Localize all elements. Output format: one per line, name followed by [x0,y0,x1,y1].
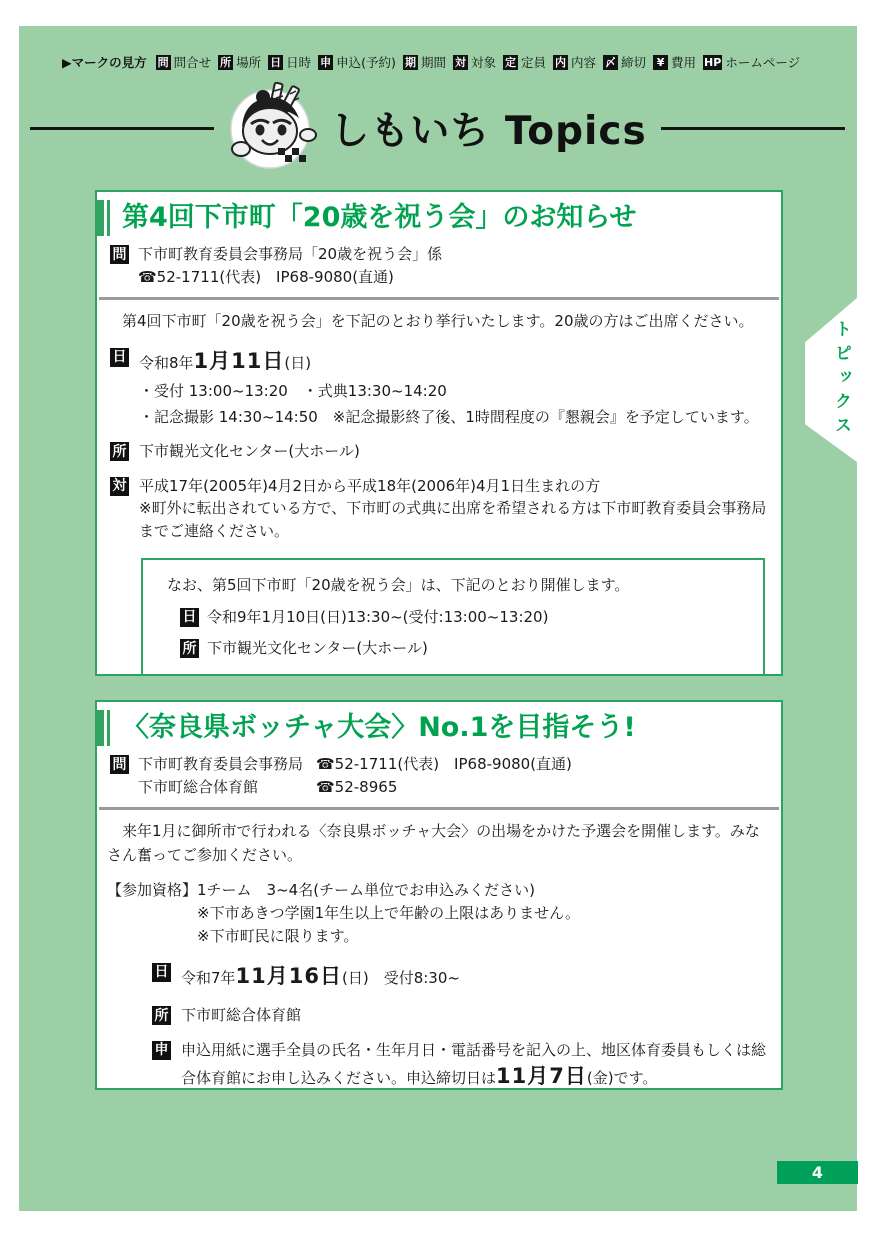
schedule-line: ・受付 13:00~13:20 ・式典13:30~14:20 [139,380,769,403]
section-coming-of-age: 第4回下市町「20歳を祝う会」のお知らせ 問 下市町教育委員会事務局「20歳を祝… [95,190,783,676]
section-intro: 第4回下市町「20歳を祝う会」を下記のとおり挙行いたします。20歳の方はご出席く… [107,310,769,333]
contact-phone: ☎52-1711(代表) IP68-9080(直通) [138,266,442,289]
date-body: 令和8年1月11日(日) ・受付 13:00~13:20 ・式典13:30~14… [139,346,769,429]
inner-place-text: 下市観光文化センター(大ホール) [207,637,428,660]
legend-item: 申申込(予約) [318,53,396,71]
place-item: 所 下市観光文化センター(大ホール) [110,440,769,463]
inquiry-mark-icon: 問 [156,55,171,70]
title-accent-bar [97,200,104,236]
date-emphasis: 1月11日 [194,349,285,373]
contact-row: 下市町教育委員会事務局 ☎52-1711(代表) IP68-9080(直通) [138,753,572,776]
contact-info: 問 下市町教育委員会事務局 ☎52-1711(代表) IP68-9080(直通)… [110,753,781,798]
content-mark-icon: 内 [553,55,568,70]
apply-mark-icon: 申 [152,1041,171,1060]
date-line: 令和7年11月16日(日) 受付8:30~ [181,961,769,993]
section-boccia-tournament: 〈奈良県ボッチャ大会〉No.1を目指そう! 問 下市町教育委員会事務局 ☎52-… [95,700,783,1090]
datetime-mark-icon: 日 [180,608,199,627]
legend-item-label: 日時 [286,53,311,71]
datetime-mark-icon: 日 [268,55,283,70]
divider-rule [99,297,779,300]
place-mark-icon: 所 [110,442,129,461]
legend-item-label: 定員 [521,53,546,71]
inquiry-mark-icon: 問 [110,245,129,264]
date-weekday: (日) 受付8:30~ [342,969,460,987]
fee-mark-icon: ¥ [653,55,668,70]
apply-instructions: 申込用紙に選手全員の氏名・生年月日・電話番号を記入の上、地区体育委員もしくは総合… [181,1041,766,1088]
contact-name: 下市町教育委員会事務局 [138,753,316,776]
legend-item-label: 場所 [236,53,261,71]
legend-item-label: 内容 [571,53,596,71]
place-text: 下市観光文化センター(大ホール) [139,440,769,463]
legend-item: 所場所 [218,53,261,71]
eligibility-note: ※下市町民に限ります。 [197,925,580,948]
mark-legend: ▶マークの見方 問問合せ 所場所 日日時 申申込(予約) 期期間 対対象 定定員… [62,53,822,71]
target-mark-icon: 対 [110,477,129,496]
date-emphasis: 11月16日 [236,964,342,988]
date-item: 日 令和7年11月16日(日) 受付8:30~ [152,961,769,993]
divider-rule [99,807,779,810]
place-item: 所 下市町総合体育館 [152,1004,769,1027]
legend-item: ¥費用 [653,53,696,71]
eligibility-label: 【参加資格】 [107,879,197,949]
place-mark-icon: 所 [152,1006,171,1025]
legend-item-label: 対象 [471,53,496,71]
inner-place-item: 所 下市観光文化センター(大ホール) [180,637,755,660]
contact-name: 下市町総合体育館 [138,776,316,799]
legend-item-label: ホームページ [725,53,800,71]
mascot-icon [220,82,320,174]
page-header: しもいち Topics [30,84,845,172]
legend-item: 対対象 [453,53,496,71]
date-era: 令和8年 [139,354,194,372]
section-title-row: 〈奈良県ボッチャ大会〉No.1を目指そう! [97,710,771,746]
legend-item: 定定員 [503,53,546,71]
legend-item: 期期間 [403,53,446,71]
legend-item: 日日時 [268,53,311,71]
contact-phone: ☎52-1711(代表) IP68-9080(直通) [316,753,572,776]
date-line: 令和8年1月11日(日) [139,346,769,378]
contact-rows: 下市町教育委員会事務局 ☎52-1711(代表) IP68-9080(直通) 下… [138,753,572,798]
legend-item: 問問合せ [156,53,212,71]
legend-item-label: 期間 [421,53,446,71]
apply-item: 申 申込用紙に選手全員の氏名・生年月日・電話番号を記入の上、地区体育委員もしくは… [152,1039,769,1090]
legend-item: 内内容 [553,53,596,71]
legend-heading: ▶マークの見方 [62,53,147,71]
date-weekday: (日) [284,354,311,372]
apply-text: 申込用紙に選手全員の氏名・生年月日・電話番号を記入の上、地区体育委員もしくは総合… [181,1039,769,1090]
target-body: 平成17年(2005年)4月2日から平成18年(2006年)4月1日生まれの方 … [139,475,769,543]
target-note: ※町外に転出されている方で、下市町の式典に出席を希望される方は下市町教育委員会事… [139,497,769,542]
page-number: 4 [812,1163,823,1182]
contact-info: 問 下市町教育委員会事務局「20歳を祝う会」係 ☎52-1711(代表) IP6… [110,243,781,288]
capacity-mark-icon: 定 [503,55,518,70]
contact-phone: ☎52-8965 [316,776,397,799]
legend-item-label: 費用 [671,53,696,71]
schedule-line: ・記念撮影 14:30~14:50 ※記念撮影終了後、1時間程度の『懇親会』を予… [139,406,769,429]
datetime-mark-icon: 日 [110,348,129,367]
header-rule-left [30,127,214,130]
header-rule-right [661,127,845,130]
contact-lines: 下市町教育委員会事務局「20歳を祝う会」係 ☎52-1711(代表) IP68-… [138,243,442,288]
apply-deadline-suffix: (金)です。 [587,1069,658,1087]
contact-name: 下市町教育委員会事務局「20歳を祝う会」係 [138,243,442,266]
legend-item-label: 締切 [621,53,646,71]
page-title: しもいち Topics [330,100,646,156]
page-number-badge: 4 [777,1161,858,1184]
target-mark-icon: 対 [453,55,468,70]
place-text: 下市町総合体育館 [181,1004,769,1027]
section-intro: 来年1月に御所市で行われる〈奈良県ボッチャ大会〉の出場をかけた予選会を開催します… [107,820,769,867]
inner-intro: なお、第5回下市町「20歳を祝う会」は、下記のとおり開催します。 [167,574,755,597]
next-year-notice-box: なお、第5回下市町「20歳を祝う会」は、下記のとおり開催します。 日 令和9年1… [141,558,765,676]
date-item: 日 令和8年1月11日(日) ・受付 13:00~13:20 ・式典13:30~… [110,346,769,429]
contact-row: 下市町総合体育館 ☎52-8965 [138,776,572,799]
legend-item-label: 問合せ [174,53,212,71]
eligibility-note: ※下市あきつ学園1年生以上で年齢の上限はありません。 [197,902,580,925]
inner-date-item: 日 令和9年1月10日(日)13:30~(受付:13:00~13:20) [180,606,755,629]
period-mark-icon: 期 [403,55,418,70]
legend-item: HPホームページ [703,53,800,71]
section-title: 〈奈良県ボッチャ大会〉No.1を目指そう! [122,710,636,746]
deadline-mark-icon: 〆 [603,55,618,70]
place-mark-icon: 所 [218,55,233,70]
datetime-mark-icon: 日 [152,963,171,982]
title-accent-bar-thin [107,200,110,236]
title-accent-bar [97,710,104,746]
legend-item-label: 申込(予約) [336,53,396,71]
eligibility-body: 1チーム 3~4名(チーム単位でお申込みください) ※下市あきつ学園1年生以上で… [197,879,580,949]
apply-mark-icon: 申 [318,55,333,70]
place-mark-icon: 所 [180,639,199,658]
title-accent-bar-thin [107,710,110,746]
eligibility-block: 【参加資格】 1チーム 3~4名(チーム単位でお申込みください) ※下市あきつ学… [107,879,769,949]
target-item: 対 平成17年(2005年)4月2日から平成18年(2006年)4月1日生まれの… [110,475,769,543]
homepage-mark-icon: HP [703,55,722,70]
section-title-row: 第4回下市町「20歳を祝う会」のお知らせ [97,200,771,236]
legend-item: 〆締切 [603,53,646,71]
section-title: 第4回下市町「20歳を祝う会」のお知らせ [122,200,637,236]
apply-deadline-emphasis: 11月7日 [496,1064,587,1088]
eligibility-main: 1チーム 3~4名(チーム単位でお申込みください) [197,879,580,902]
date-era: 令和7年 [181,969,236,987]
inner-date-text: 令和9年1月10日(日)13:30~(受付:13:00~13:20) [207,606,548,629]
target-line: 平成17年(2005年)4月2日から平成18年(2006年)4月1日生まれの方 [139,475,769,498]
side-tab-label: トピックス [829,320,854,440]
inquiry-mark-icon: 問 [110,755,129,774]
